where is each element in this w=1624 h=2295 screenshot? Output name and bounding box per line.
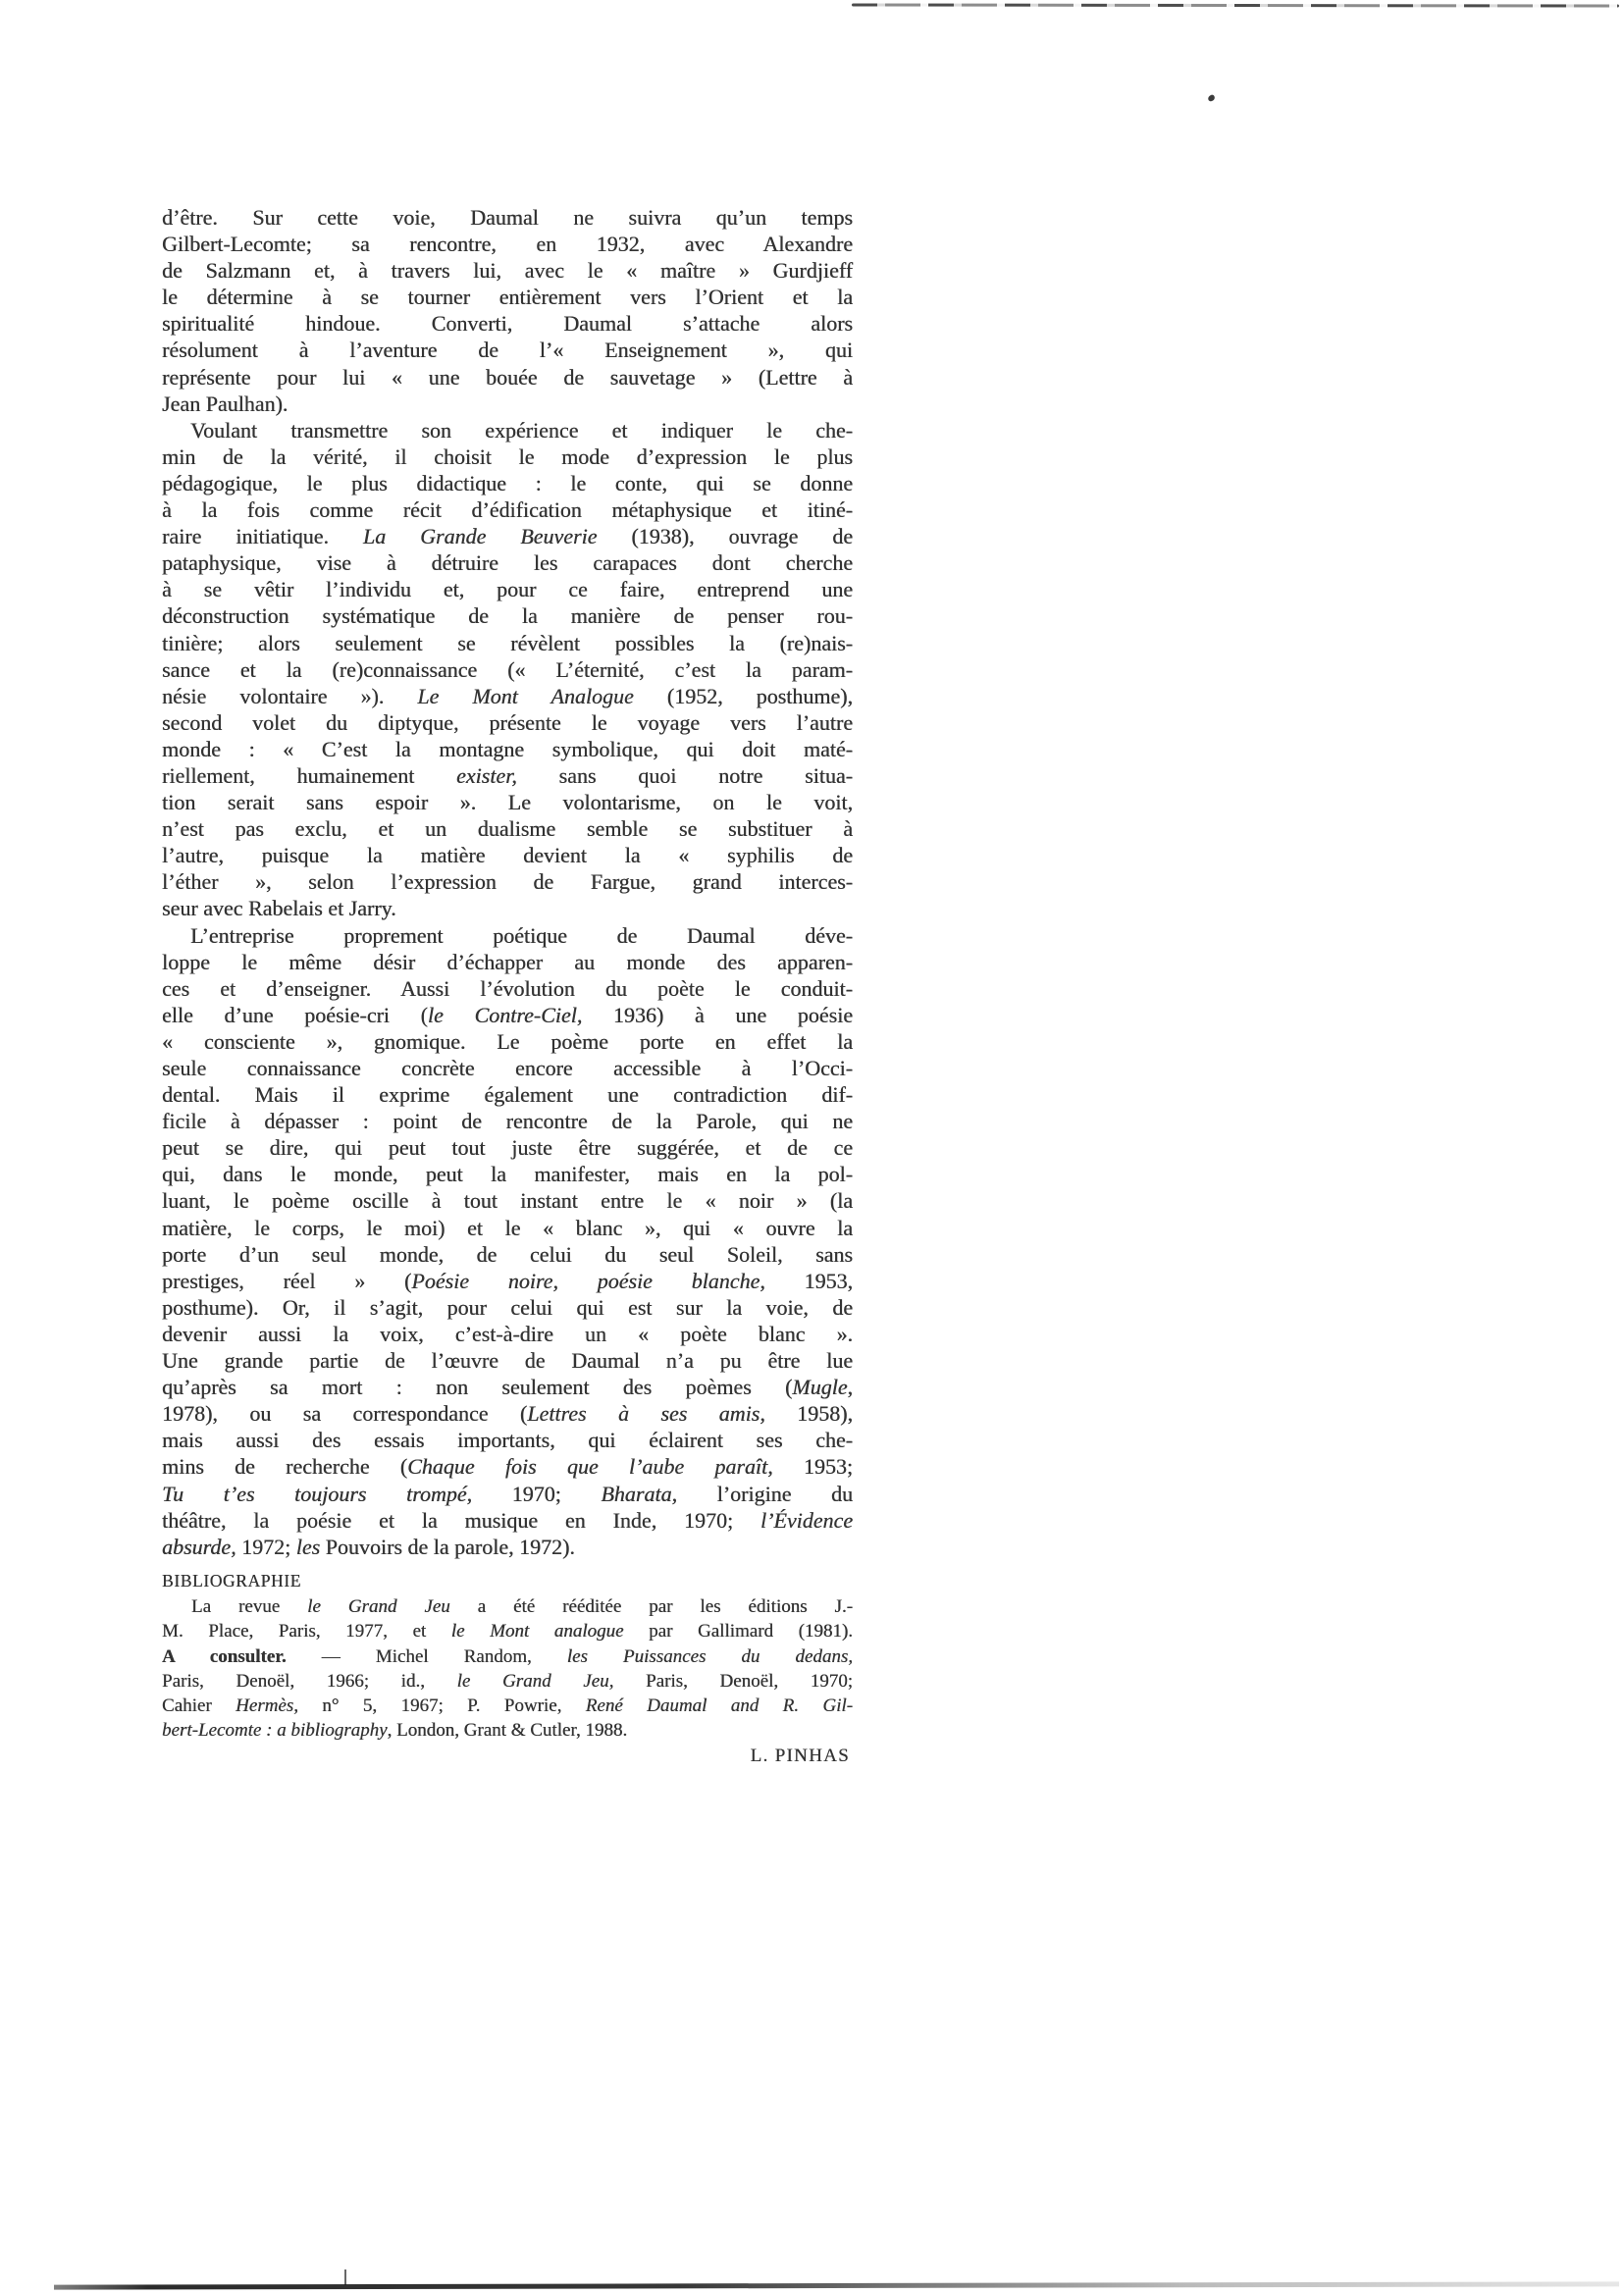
text-line: de Salzmann et, à travers lui, avec le «… [162,257,853,284]
text-run: théâtre, la poésie et la musique en Inde… [162,1508,760,1533]
text-run: ces et d’enseigner. Aussi l’évolution du… [162,976,853,1001]
text-run: l’origine du [677,1482,853,1506]
text-line: l’éther », selon l’expression de Fargue,… [162,868,853,895]
text-line: ficile à dépasser : point de rencontre d… [162,1108,853,1134]
text-run: par Gallimard (1981). [624,1621,854,1642]
text-line: « consciente », gnomique. Le poème porte… [162,1028,853,1055]
text-run: elle d’une poésie-cri ( [162,1003,428,1027]
text-line: dental. Mais il exprime également une co… [162,1081,853,1108]
text-line: devenir aussi la voix, c’est-à-dire un «… [162,1321,853,1347]
text-line: n’est pas exclu, et un dualisme semble s… [162,815,853,842]
text-run: min de la vérité, il choisit le mode d’e… [162,444,853,469]
text-run: « consciente », gnomique. Le poème porte… [162,1029,853,1054]
text-line: min de la vérité, il choisit le mode d’e… [162,443,853,470]
italic-run: bert-Lecomte : a bibliography [162,1720,388,1741]
italic-run: René Daumal and R. Gil- [586,1695,853,1716]
text-run: Une grande partie de l’œuvre de Daumal n… [162,1348,853,1373]
text-run: seur avec Rabelais et Jarry. [162,896,396,920]
text-run: peut se dire, qui peut tout juste être s… [162,1135,853,1160]
text-run: n° 5, 1967; P. Powrie, [298,1695,586,1716]
text-run: La revue [191,1596,307,1617]
top-edge-scan-line [852,3,1619,7]
signature: L. PINHAS [162,1744,853,1768]
text-run: porte d’un seul monde, de celui du seul … [162,1242,853,1267]
text-line: résolument à l’aventure de l’« Enseignem… [162,337,853,363]
text-run: mais aussi des essais importants, qui éc… [162,1428,853,1452]
text-line: Une grande partie de l’œuvre de Daumal n… [162,1347,853,1374]
text-run: qu’après sa mort : non seulement des poè… [162,1375,792,1399]
scanned-page: d’être. Sur cette voie, Daumal ne suivra… [0,0,1624,2295]
text-run: l’autre, puisque la matière devient la «… [162,843,853,867]
text-run: prestiges, réel » ( [162,1269,411,1293]
text-line: L’entreprise proprement poétique de Daum… [162,922,853,949]
text-run: riellement, humainement [162,763,456,788]
text-line: Tu t’es toujours trompé, 1970; Bharata, … [162,1481,853,1507]
text-line: mins de recherche (Chaque fois que l’aub… [162,1453,853,1480]
text-line: Jean Paulhan). [162,391,853,417]
bibliography-line: A consulter. — Michel Random, les Puissa… [162,1644,853,1669]
text-run: , [848,1375,854,1399]
text-line: sance et la (re)connaissance (« L’éterni… [162,656,853,683]
text-run: mins de recherche ( [162,1454,407,1479]
italic-run: le Mont analogue [451,1621,624,1642]
text-run: Paris, Denoël, 1966; id., [162,1671,457,1692]
text-line: spiritualité hindoue. Converti, Daumal s… [162,310,853,337]
text-line: qu’après sa mort : non seulement des poè… [162,1374,853,1400]
italic-run: exister, [456,763,517,788]
text-line: ces et d’enseigner. Aussi l’évolution du… [162,975,853,1002]
bibliography-line: bert-Lecomte : a bibliography, London, G… [162,1718,853,1743]
text-run: L’entreprise proprement poétique de Daum… [190,923,853,948]
bottom-edge-scan-line [54,2281,1619,2289]
bibliography-line: La revue le Grand Jeu a été rééditée par… [162,1594,853,1619]
text-line: matière, le corps, le moi) et le « blanc… [162,1215,853,1241]
text-line: porte d’un seul monde, de celui du seul … [162,1241,853,1268]
ink-speck [1207,94,1216,102]
text-line: l’autre, puisque la matière devient la «… [162,842,853,868]
italic-run: le Grand Jeu, [457,1671,614,1692]
text-run: M. Place, Paris, 1977, et [162,1621,451,1642]
text-run: 1972; [236,1535,296,1559]
text-line: elle d’une poésie-cri (le Contre-Ciel, 1… [162,1002,853,1028]
text-line: déconstruction systématique de la manièr… [162,602,853,629]
text-run: (1938), ouvrage de [597,524,853,548]
text-run: 1936) à une poésie [582,1003,853,1027]
text-line: à se vêtir l’individu et, pour ce faire,… [162,576,853,602]
text-line: second volet du diptyque, présente le vo… [162,709,853,736]
bibliography-line: Cahier Hermès, n° 5, 1967; P. Powrie, Re… [162,1694,853,1718]
italic-run: les Puissances du dedans, [567,1646,853,1667]
text-run: n’est pas exclu, et un dualisme semble s… [162,816,853,841]
text-line: tion serait sans espoir ». Le volontaris… [162,789,853,815]
text-run: qui, dans le monde, peut la manifester, … [162,1162,853,1186]
text-line: mais aussi des essais importants, qui éc… [162,1427,853,1453]
bibliography-line: M. Place, Paris, 1977, et le Mont analog… [162,1619,853,1643]
text-line: Gilbert-Lecomte; sa rencontre, en 1932, … [162,231,853,257]
text-line: pataphysique, vise à détruire les carapa… [162,549,853,576]
text-line: à la fois comme récit d’édification méta… [162,496,853,523]
bibliography-line: Paris, Denoël, 1966; id., le Grand Jeu, … [162,1669,853,1694]
text-run: nésie volontaire »). [162,684,417,708]
text-run: 1970; [472,1482,601,1506]
text-run: — Michel Random, [287,1646,567,1667]
text-run: matière, le corps, le moi) et le « blanc… [162,1216,853,1240]
text-run: spiritualité hindoue. Converti, Daumal s… [162,311,853,336]
text-run: 1953, [765,1269,853,1293]
article-text: d’être. Sur cette voie, Daumal ne suivra… [162,204,853,1560]
italic-run: La Grande Beuverie [363,524,598,548]
bibliography: BIBLIOGRAPHIE La revue le Grand Jeu a ét… [162,1568,853,1768]
text-run: dental. Mais il exprime également une co… [162,1082,853,1107]
text-run: ficile à dépasser : point de rencontre d… [162,1109,853,1133]
text-run: tion serait sans espoir ». Le volontaris… [162,790,853,814]
text-run: , London, Grant & Cutler, 1988. [388,1720,628,1741]
text-run: luant, le poème oscille à tout instant e… [162,1188,853,1213]
italic-run: Chaque fois que l’aube paraît, [407,1454,773,1479]
italic-run: Lettres à ses amis, [527,1401,765,1426]
text-line: raire initiatique. La Grande Beuverie (1… [162,523,853,549]
text-run: tinière; alors seulement se révèlent pos… [162,631,853,655]
text-line: d’être. Sur cette voie, Daumal ne suivra… [162,204,853,231]
text-line: le détermine à se tourner entièrement ve… [162,284,853,310]
text-line: nésie volontaire »). Le Mont Analogue (1… [162,683,853,709]
italic-run: les [296,1535,320,1559]
text-run: Gilbert-Lecomte; sa rencontre, en 1932, … [162,232,853,256]
text-line: prestiges, réel » (Poésie noire, poésie … [162,1268,853,1294]
text-run: devenir aussi la voix, c’est-à-dire un «… [162,1322,853,1346]
text-line: loppe le même désir d’échapper au monde … [162,949,853,975]
text-line: riellement, humainement exister, sans qu… [162,762,853,789]
italic-run: Tu t’es toujours trompé, [162,1482,472,1506]
bold-run: A consulter. [162,1646,287,1667]
text-run: seule connaissance concrète encore acces… [162,1056,853,1080]
text-run: loppe le même désir d’échapper au monde … [162,950,853,974]
text-run: pédagogique, le plus didactique : le con… [162,471,853,496]
text-line: peut se dire, qui peut tout juste être s… [162,1134,853,1161]
text-line: seule connaissance concrète encore acces… [162,1055,853,1081]
text-run: Cahier [162,1695,236,1716]
italic-run: Le Mont Analogue [417,684,633,708]
text-run: à se vêtir l’individu et, pour ce faire,… [162,577,853,601]
italic-run: le Grand Jeu [307,1596,450,1617]
text-run: sance et la (re)connaissance (« L’éterni… [162,657,853,682]
italic-run: Bharata, [601,1482,677,1506]
text-run: le détermine à se tourner entièrement ve… [162,285,853,309]
italic-run: absurde, [162,1535,236,1559]
text-run: posthume). Or, il s’agit, pour celui qui… [162,1295,853,1320]
text-run: second volet du diptyque, présente le vo… [162,710,853,735]
text-line: absurde, 1972; les Pouvoirs de la parole… [162,1534,853,1560]
text-run: 1978), ou sa correspondance ( [162,1401,527,1426]
text-run: à la fois comme récit d’édification méta… [162,497,853,522]
text-run: sans quoi notre situa- [517,763,853,788]
italic-run: Poésie noire, poésie blanche, [411,1269,764,1293]
text-run: d’être. Sur cette voie, Daumal ne suivra… [162,205,853,230]
text-line: 1978), ou sa correspondance (Lettres à s… [162,1400,853,1427]
text-run: 1958), [765,1401,853,1426]
text-line: luant, le poème oscille à tout instant e… [162,1187,853,1214]
text-line: qui, dans le monde, peut la manifester, … [162,1161,853,1187]
bottom-edge-scan-tick [344,2269,346,2285]
text-line: théâtre, la poésie et la musique en Inde… [162,1507,853,1534]
italic-run: le Contre-Ciel, [428,1003,582,1027]
italic-run: Mugle [792,1375,847,1399]
bibliography-lines: La revue le Grand Jeu a été rééditée par… [162,1594,853,1744]
text-line: seur avec Rabelais et Jarry. [162,895,853,921]
text-run: pataphysique, vise à détruire les carapa… [162,550,853,575]
text-run: résolument à l’aventure de l’« Enseignem… [162,338,853,362]
italic-run: Hermès, [236,1695,298,1716]
text-run: représente pour lui « une bouée de sauve… [162,365,853,390]
text-run: l’éther », selon l’expression de Fargue,… [162,869,853,894]
text-run: Paris, Denoël, 1970; [613,1671,853,1692]
text-run: 1953; [773,1454,853,1479]
text-line: représente pour lui « une bouée de sauve… [162,364,853,391]
text-run: (1952, posthume), [634,684,853,708]
text-line: posthume). Or, il s’agit, pour celui qui… [162,1294,853,1321]
bibliography-heading: BIBLIOGRAPHIE [162,1568,853,1594]
text-run: Pouvoirs de la parole, 1972). [320,1535,575,1559]
italic-run: l’Évidence [760,1508,853,1533]
text-run: a été rééditée par les éditions J.- [450,1596,853,1617]
text-run: Voulant transmettre son expérience et in… [190,418,853,443]
text-run: raire initiatique. [162,524,363,548]
text-run: déconstruction systématique de la manièr… [162,603,853,628]
text-run: Jean Paulhan). [162,391,288,416]
text-run: de Salzmann et, à travers lui, avec le «… [162,258,853,283]
text-line: Voulant transmettre son expérience et in… [162,417,853,443]
text-line: pédagogique, le plus didactique : le con… [162,470,853,496]
text-line: monde : « C’est la montagne symbolique, … [162,736,853,762]
text-line: tinière; alors seulement se révèlent pos… [162,630,853,656]
text-run: monde : « C’est la montagne symbolique, … [162,737,853,761]
